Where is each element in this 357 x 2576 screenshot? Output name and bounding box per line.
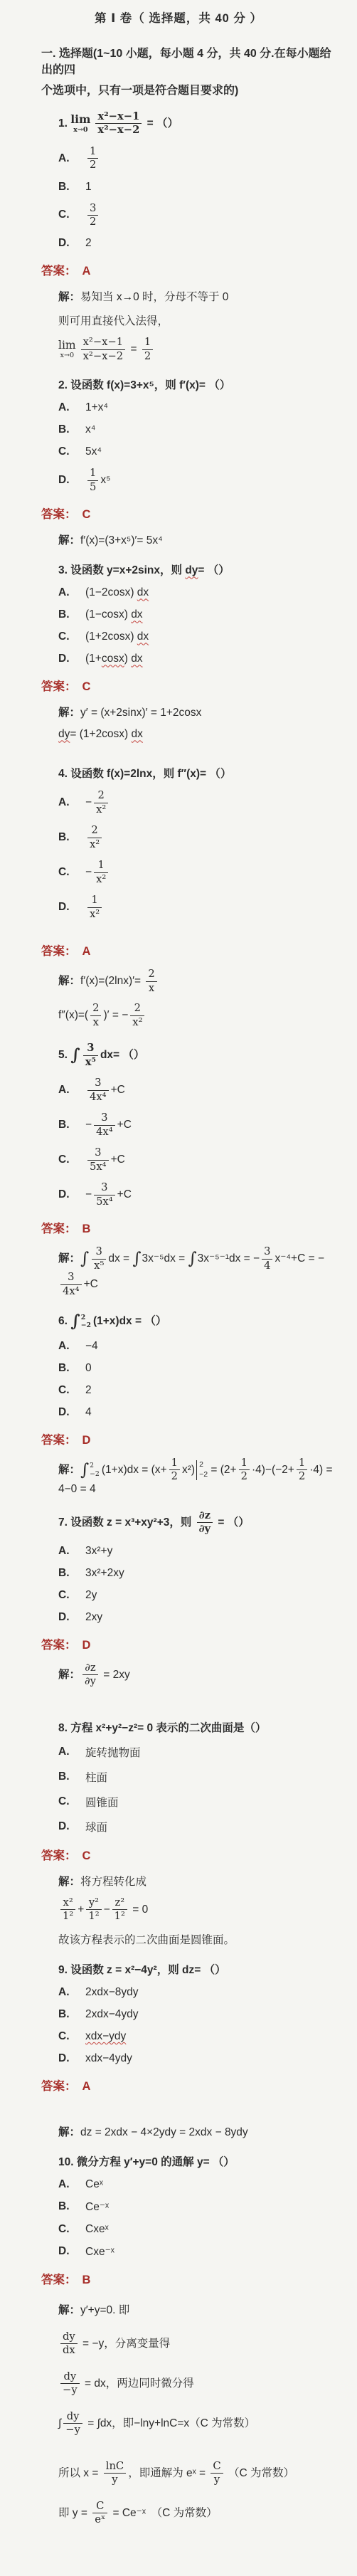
- option-b: B.−34x⁴+C: [41, 1112, 340, 1138]
- option-c: C.2: [41, 1384, 340, 1397]
- solution-label: 解：: [58, 1252, 80, 1265]
- option-text: −2x²: [85, 790, 110, 815]
- integral-sign: ∫: [188, 1249, 197, 1268]
- option-text: 35x⁴+C: [85, 1147, 125, 1173]
- solution-label: 解：: [58, 291, 80, 303]
- option-text: (1+cosx) dx: [85, 653, 143, 665]
- option-a: A.2xdx−8ydy: [41, 1986, 340, 1999]
- solution-label: 解：: [58, 975, 80, 987]
- answer-line: 答案：A: [41, 2076, 340, 2094]
- solution-line: 即 y = Ceˣ = Ce⁻ˣ （C 为常数）: [58, 2501, 340, 2526]
- question-2: 2. 设函数 f(x)=3+x⁵，则 f′(x)= （）A.1+x⁴B.x⁴C.…: [41, 376, 340, 547]
- answer-label: 答案：: [41, 1639, 77, 1652]
- question-8: 8. 方程 x²+y²−z²= 0 表示的二次曲面是（）A.旋转抛物面B.柱面C…: [41, 1719, 340, 1947]
- option-a: A.(1−2cosx) dx: [41, 586, 340, 599]
- option-text: −4: [85, 1340, 98, 1353]
- fraction: x²1²: [60, 1897, 75, 1923]
- option-text: 3x²+2xy: [85, 1567, 124, 1580]
- option-label: D.: [58, 1820, 85, 1833]
- option-label: C.: [58, 1795, 85, 1808]
- question-stem: 5. ∫3x⁵dx= （）: [58, 1042, 340, 1068]
- fraction: dydx: [60, 2331, 78, 2357]
- fraction: 2x: [146, 968, 156, 994]
- integral-limits: 2−2: [90, 1462, 100, 1478]
- solution-label: 解：: [58, 2126, 80, 2138]
- option-text: (1−cosx) dx: [85, 608, 143, 621]
- solution-label: 解：: [58, 1876, 80, 1888]
- question-1: 1. limx→0x²−x−1x²−x−2 = （）A.12B.1C.32D.2…: [41, 111, 340, 363]
- answer-value: A: [82, 2080, 91, 2093]
- question-stem: 4. 设函数 f(x)=2lnx，则 f″(x)= （）: [58, 765, 340, 781]
- option-label: C.: [58, 1384, 85, 1397]
- option-b: B.1: [41, 181, 340, 194]
- option-a: A.12: [41, 146, 340, 171]
- option-d: D.2xy: [41, 1611, 340, 1624]
- solution-line: dy= (1+2cosx) dx: [58, 728, 340, 741]
- option-label: B.: [58, 1119, 85, 1131]
- option-d: D.15x⁵: [41, 468, 340, 493]
- option-a: A.1+x⁴: [41, 401, 340, 414]
- option-text: 12: [85, 146, 100, 171]
- fraction: 12: [169, 1457, 180, 1483]
- answer-label: 答案：: [41, 1849, 77, 1862]
- option-text: 0: [85, 1362, 92, 1375]
- option-label: B.: [58, 423, 85, 436]
- option-c: C.Cxeˣ: [41, 2223, 340, 2236]
- option-c: C.圆锥面: [41, 1794, 340, 1810]
- option-label: D.: [58, 1611, 85, 1624]
- answer-value: A: [82, 945, 91, 958]
- option-a: A.3x²+y: [41, 1545, 340, 1558]
- option-b: B.0: [41, 1362, 340, 1375]
- option-a: A.34x⁴+C: [41, 1077, 340, 1103]
- answer-label: 答案：: [41, 1434, 77, 1447]
- answer-label: 答案：: [41, 508, 77, 521]
- option-text: 15x⁵: [85, 468, 111, 493]
- option-label: A.: [58, 1986, 85, 1999]
- solution-line: dydx = −y，分离变量得: [58, 2331, 340, 2357]
- option-text: 旋转抛物面: [85, 1744, 141, 1760]
- question-stem: 2. 设函数 f(x)=3+x⁵，则 f′(x)= （）: [58, 376, 340, 392]
- option-label: C.: [58, 208, 85, 221]
- questions-list: 1. limx→0x²−x−1x²−x−2 = （）A.12B.1C.32D.2…: [41, 111, 340, 2526]
- fraction: 34x⁴: [94, 1112, 115, 1138]
- fraction: 34: [262, 1246, 272, 1272]
- question-4: 4. 设函数 f(x)=2lnx，则 f″(x)= （）A.−2x²B.2x²C…: [41, 765, 340, 1028]
- solution-line: 解：y′+y=0. 即: [58, 2301, 340, 2317]
- wavy-underlined-text: dx: [131, 608, 142, 621]
- option-c: C.(1+2cosx) dx: [41, 630, 340, 643]
- option-label: D.: [58, 237, 85, 250]
- answer-value: B: [82, 2274, 91, 2286]
- answer-label: 答案：: [41, 945, 77, 958]
- option-text: Ce⁻ˣ: [85, 2200, 109, 2214]
- fraction: 3x⁵: [83, 1042, 98, 1068]
- fraction: 34x⁴: [87, 1077, 109, 1103]
- wavy-underlined-text: dx: [137, 586, 149, 598]
- integral-limits: 2−2: [81, 1314, 91, 1330]
- option-label: D.: [58, 1188, 85, 1201]
- answer-line: 答案：B: [41, 2270, 340, 2287]
- option-d: D.−35x⁴+C: [41, 1182, 340, 1208]
- solution-line: ∫dy−y = ∫dx，即−lny+lnC=x（C 为常数）: [58, 2411, 340, 2437]
- answer-line: 答案：D: [41, 1430, 340, 1447]
- fraction: 12: [87, 146, 98, 171]
- answer-value: C: [82, 508, 91, 521]
- option-text: 1+x⁴: [85, 401, 108, 414]
- option-text: (1−2cosx) dx: [85, 586, 149, 599]
- fraction: lnCy: [104, 2461, 126, 2486]
- option-d: D.球面: [41, 1819, 340, 1835]
- question-stem: 7. 设函数 z = x³+xy²+3，则 ∂z∂y = （）: [58, 1510, 340, 1536]
- option-label: D.: [58, 901, 85, 914]
- option-text: Ceˣ: [85, 2178, 103, 2191]
- question-3: 3. 设函数 y=x+2sinx，则 dy= （）A.(1−2cosx) dxB…: [41, 561, 340, 741]
- integral-sign: ∫: [80, 1249, 89, 1268]
- option-text: 5x⁴: [85, 445, 102, 458]
- option-text: 柱面: [85, 1769, 107, 1785]
- option-text: 2xy: [85, 1611, 102, 1624]
- fraction: 35x⁴: [94, 1182, 115, 1208]
- question-7: 7. 设函数 z = x³+xy²+3，则 ∂z∂y = （）A.3x²+yB.…: [41, 1510, 340, 1688]
- wavy-underlined-text: dx: [137, 630, 149, 643]
- option-text: (1+2cosx) dx: [85, 630, 149, 643]
- option-c: C.35x⁴+C: [41, 1147, 340, 1173]
- wavy-underlined-text: dy: [185, 564, 198, 576]
- answer-line: 答案：C: [41, 1846, 340, 1863]
- option-d: D.1x²: [41, 894, 340, 920]
- fraction: 32: [87, 203, 98, 228]
- exam-paper: 一. 选择题(1~10 小题，每小题 4 分，共 40 分.在每小题给出的四 个…: [0, 26, 357, 2576]
- wavy-underlined-text: dx: [132, 728, 143, 740]
- fraction: 1x²: [87, 894, 102, 920]
- option-b: B.x⁴: [41, 423, 340, 436]
- solution-line: 则可用直接代入法得，: [58, 312, 340, 328]
- option-text: 2: [85, 1384, 92, 1397]
- option-label: D.: [58, 2052, 85, 2065]
- option-label: D.: [58, 653, 85, 665]
- option-label: C.: [58, 1154, 85, 1166]
- option-text: Cxe⁻ˣ: [85, 2245, 114, 2259]
- option-label: A.: [58, 796, 85, 809]
- option-a: A.Ceˣ: [41, 2178, 340, 2191]
- fraction: 1x²: [94, 860, 108, 885]
- question-stem: 6. ∫2−2(1+x)dx = （）: [58, 1311, 340, 1331]
- wavy-underlined-text: dy: [58, 728, 70, 740]
- option-a: A.−4: [41, 1340, 340, 1353]
- option-label: B.: [58, 608, 85, 621]
- option-text: −1x²: [85, 860, 110, 885]
- answer-value: A: [82, 265, 91, 278]
- answer-value: C: [82, 680, 91, 693]
- fraction: x²−x−1x²−x−2: [95, 111, 142, 137]
- option-text: 3x²+y: [85, 1545, 112, 1558]
- solution-line: 解：易知当 x→0 时，分母不等于 0: [58, 288, 340, 304]
- option-c: C.−1x²: [41, 860, 340, 885]
- fraction: ∂z∂y: [82, 1662, 98, 1688]
- solution-label: 解：: [58, 707, 80, 719]
- option-label: C.: [58, 2223, 85, 2236]
- wavy-underlined-text: cosx: [102, 653, 124, 665]
- answer-line: 答案：A: [41, 261, 340, 278]
- fraction: dy−y: [63, 2411, 82, 2437]
- option-a: A.−2x²: [41, 790, 340, 815]
- option-label: C.: [58, 1589, 85, 1602]
- solution-line: limx→0x²−x−1x²−x−2 = 12: [58, 337, 340, 362]
- answer-label: 答案：: [41, 265, 77, 278]
- page-title: 第 Ⅰ 卷（ 选择题，共 40 分 ）: [0, 0, 357, 26]
- option-text: 圆锥面: [85, 1794, 119, 1810]
- option-label: D.: [58, 2245, 85, 2258]
- option-b: B.3x²+2xy: [41, 1567, 340, 1580]
- option-text: 球面: [85, 1819, 107, 1835]
- integral-sign: ∫: [132, 1249, 141, 1268]
- option-label: C.: [58, 630, 85, 643]
- answer-value: D: [82, 1434, 91, 1447]
- evaluation-bar: 2−2: [196, 1460, 208, 1479]
- question-stem: 10. 微分方程 y′+y=0 的通解 y= （）: [58, 2153, 340, 2169]
- option-text: xdx−ydy: [85, 2030, 126, 2043]
- solution-line: 解：∫2−2(1+x)dx = (x+12x²)2−2 = (2+12·4)−(…: [58, 1457, 340, 1496]
- answer-line: 答案：C: [41, 505, 340, 522]
- solution-label: 解：: [58, 1464, 80, 1476]
- option-d: D.Cxe⁻ˣ: [41, 2245, 340, 2259]
- option-c: C.2y: [41, 1589, 340, 1602]
- solution-line: x²1²+y²1²−z²1² = 0: [58, 1897, 340, 1923]
- option-text: Cxeˣ: [85, 2223, 109, 2236]
- integral-sign: ∫: [70, 1045, 80, 1065]
- option-d: D.2: [41, 237, 340, 250]
- wavy-underlined-text: dx: [131, 653, 142, 665]
- option-label: B.: [58, 831, 85, 844]
- option-text: 1: [85, 181, 92, 194]
- integral-sign: ∫: [70, 1311, 80, 1331]
- option-label: B.: [58, 2008, 85, 2021]
- fraction: 2x²: [130, 1003, 144, 1028]
- option-text: 2xdx−4ydy: [85, 2008, 139, 2021]
- option-text: 2xdx−8ydy: [85, 1986, 139, 1999]
- solution-line: 解：∫3x⁵dx = ∫3x⁻⁵dx = ∫3x⁻⁵⁻¹dx = −34x⁻⁴+…: [58, 1246, 340, 1297]
- option-text: 1x²: [85, 894, 104, 920]
- fraction: dy−y: [60, 2371, 80, 2397]
- option-text: 2: [85, 237, 92, 250]
- solution-label: 解：: [58, 2304, 80, 2316]
- option-text: 32: [85, 203, 100, 228]
- answer-label: 答案：: [41, 1223, 77, 1235]
- solution-line: 解：f′(x)=(3+x⁵)′= 5x⁴: [58, 532, 340, 547]
- option-b: B.Ce⁻ˣ: [41, 2200, 340, 2214]
- option-d: D.4: [41, 1406, 340, 1419]
- question-9: 9. 设函数 z = x²−4y²，则 dz= （）A.2xdx−8ydyB.2…: [41, 1961, 340, 2139]
- limit-operator: limx→0: [58, 340, 76, 359]
- option-label: A.: [58, 2178, 85, 2191]
- question-10: 10. 微分方程 y′+y=0 的通解 y= （）A.CeˣB.Ce⁻ˣC.Cx…: [41, 2153, 340, 2526]
- solution-line: dy−y = dx，两边同时微分得: [58, 2371, 340, 2397]
- fraction: 2x²: [87, 825, 102, 850]
- solution-line: f″(x)=(2x)′ = −2x²: [58, 1003, 340, 1028]
- question-stem: 3. 设函数 y=x+2sinx，则 dy= （）: [58, 561, 340, 577]
- option-text: xdx−4ydy: [85, 2052, 132, 2065]
- option-label: B.: [58, 2200, 85, 2213]
- option-text: 2y: [85, 1589, 97, 1602]
- solution-line: 故该方程表示的二次曲面是圆锥面。: [58, 1931, 340, 1947]
- question-5: 5. ∫3x⁵dx= （）A.34x⁴+CB.−34x⁴+CC.35x⁴+CD.…: [41, 1042, 340, 1297]
- fraction: z²1²: [112, 1897, 127, 1923]
- option-label: B.: [58, 1770, 85, 1783]
- option-text: x⁴: [85, 423, 95, 436]
- option-label: C.: [58, 2030, 85, 2043]
- question-stem: 9. 设函数 z = x²−4y²，则 dz= （）: [58, 1961, 340, 1977]
- solution-line: 解：y′ = (x+2sinx)′ = 1+2cosx: [58, 704, 340, 719]
- option-label: A.: [58, 586, 85, 599]
- answer-line: 答案：D: [41, 1635, 340, 1652]
- solution-label: 解：: [58, 534, 80, 547]
- question-stem: 8. 方程 x²+y²−z²= 0 表示的二次曲面是（）: [58, 1719, 340, 1735]
- integral-sign: ∫: [80, 1460, 89, 1479]
- fraction: ∂z∂y: [197, 1510, 213, 1536]
- option-text: 2x²: [85, 825, 104, 850]
- option-c: C.xdx−ydy: [41, 2030, 340, 2043]
- option-b: B.柱面: [41, 1769, 340, 1785]
- fraction: 2x: [90, 1003, 101, 1028]
- option-b: B.(1−cosx) dx: [41, 608, 340, 621]
- solution-line: 解：∂z∂y = 2xy: [58, 1662, 340, 1688]
- option-b: B.2x²: [41, 825, 340, 850]
- fraction: Ceˣ: [92, 2501, 107, 2526]
- question-6: 6. ∫2−2(1+x)dx = （）A.−4B.0C.2D.4答案：D解：∫2…: [41, 1311, 340, 1496]
- answer-value: B: [82, 1223, 91, 1235]
- fraction: x²−x−1x²−x−2: [81, 337, 126, 362]
- fraction: 3x⁵: [92, 1246, 106, 1272]
- option-text: −34x⁴+C: [85, 1112, 132, 1138]
- fraction: Cy: [211, 2461, 223, 2486]
- option-a: A.旋转抛物面: [41, 1744, 340, 1760]
- limit-operator: limx→0: [70, 114, 90, 133]
- answer-line: 答案：C: [41, 677, 340, 694]
- answer-label: 答案：: [41, 2080, 77, 2093]
- option-label: C.: [58, 445, 85, 458]
- fraction: 34x⁴: [60, 1272, 82, 1297]
- option-d: D.xdx−4ydy: [41, 2052, 340, 2065]
- question-stem: 1. limx→0x²−x−1x²−x−2 = （）: [58, 111, 340, 137]
- option-label: B.: [58, 181, 85, 194]
- option-label: C.: [58, 866, 85, 879]
- solution-line: 解：dz = 2xdx − 4×2ydy = 2xdx − 8ydy: [58, 2123, 340, 2139]
- fraction: 12: [297, 1457, 307, 1483]
- option-label: A.: [58, 152, 85, 165]
- answer-line: 答案：B: [41, 1219, 340, 1236]
- option-label: D.: [58, 474, 85, 487]
- option-label: B.: [58, 1567, 85, 1580]
- section-intro-line-1: 一. 选择题(1~10 小题，每小题 4 分，共 40 分.在每小题给出的四: [41, 46, 340, 78]
- option-text: 4: [85, 1406, 92, 1419]
- option-text: 34x⁴+C: [85, 1077, 125, 1103]
- option-c: C.32: [41, 203, 340, 228]
- wavy-underlined-text: xdx−ydy: [85, 2030, 126, 2042]
- option-text: −35x⁴+C: [85, 1182, 132, 1208]
- option-b: B.2xdx−4ydy: [41, 2008, 340, 2021]
- answer-value: C: [82, 1849, 91, 1862]
- fraction: y²1²: [86, 1897, 101, 1923]
- option-c: C.5x⁴: [41, 445, 340, 458]
- fraction: 12: [142, 337, 153, 362]
- option-label: B.: [58, 1362, 85, 1375]
- option-label: A.: [58, 1340, 85, 1353]
- fraction: 12: [239, 1457, 250, 1483]
- solution-line: 解：f′(x)=(2lnx)′= 2x: [58, 968, 340, 994]
- fraction: 15: [87, 468, 98, 493]
- answer-label: 答案：: [41, 2274, 77, 2286]
- solution-line: 解：将方程转化成: [58, 1873, 340, 1889]
- section-intro-line-2: 个选项中，只有一项是符合题目要求的): [41, 83, 340, 99]
- fraction: 2x²: [94, 790, 108, 815]
- option-label: A.: [58, 1545, 85, 1558]
- fraction: 35x⁴: [87, 1147, 109, 1173]
- option-label: A.: [58, 401, 85, 414]
- answer-label: 答案：: [41, 680, 77, 693]
- solution-line: 所以 x = lnCy，即通解为 eˣ = Cy （C 为常数）: [58, 2461, 340, 2486]
- answer-value: D: [82, 1639, 91, 1652]
- option-label: A.: [58, 1084, 85, 1097]
- solution-label: 解：: [58, 1669, 80, 1681]
- option-d: D.(1+cosx) dx: [41, 653, 340, 665]
- answer-line: 答案：A: [41, 941, 340, 959]
- option-label: A.: [58, 1746, 85, 1758]
- option-label: D.: [58, 1406, 85, 1419]
